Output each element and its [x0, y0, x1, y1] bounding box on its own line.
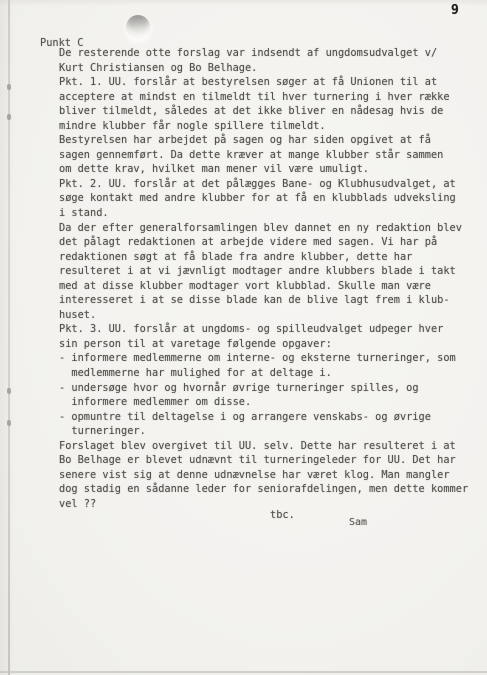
signature: Sam	[349, 517, 367, 528]
scanned-document-page: 9 Punkt C De resterende otte forslag var…	[0, 0, 487, 675]
document-body-text: De resterende otte forslag var indsendt …	[59, 46, 468, 512]
scan-speck	[7, 420, 11, 426]
scan-edge-bottom-line	[0, 671, 487, 673]
hole-punch-icon	[126, 15, 150, 39]
to-be-continued-label: tbc.	[270, 509, 295, 521]
page-number: 9	[451, 3, 459, 18]
scan-speck	[7, 84, 11, 90]
scan-edge-line	[8, 0, 10, 675]
scan-speck	[7, 388, 11, 394]
scan-speck	[7, 114, 11, 120]
